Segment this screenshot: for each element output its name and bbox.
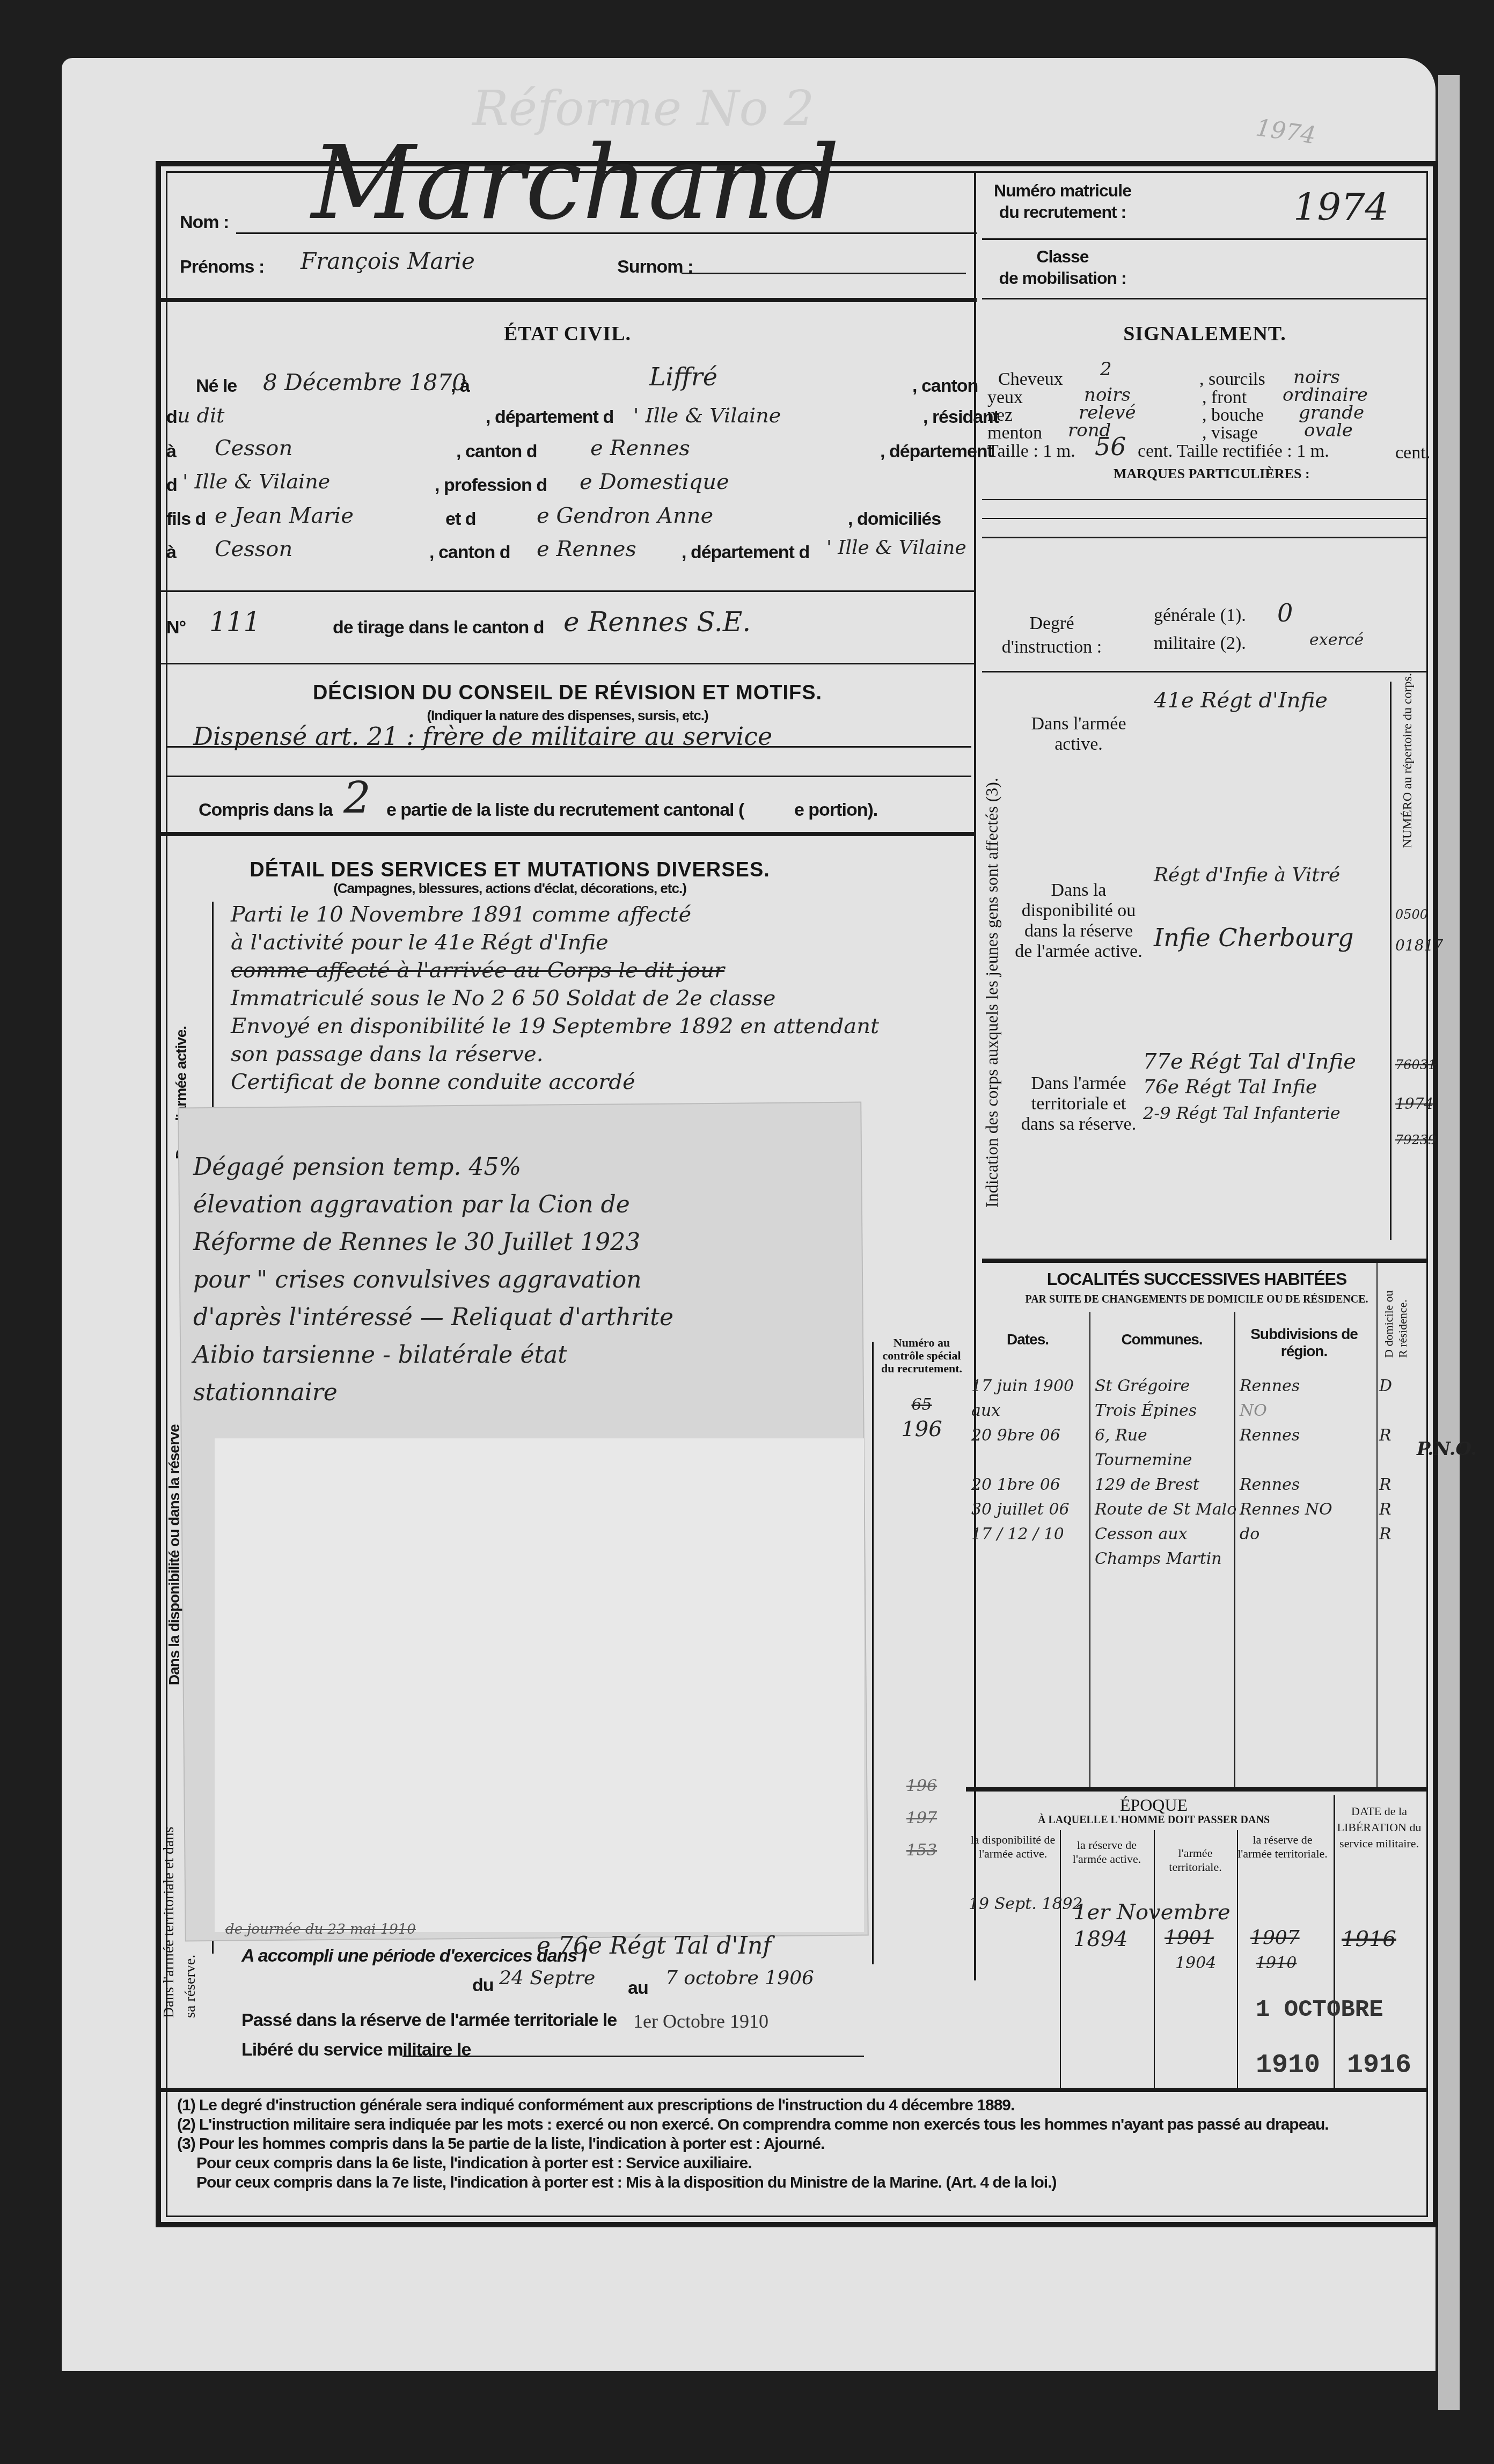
pasted-note-text: Dégagé pension temp. 45% élevation aggra…: [193, 1149, 859, 1412]
epoque-col-disponibilite: la disponibilité de l'armée active.: [966, 1833, 1060, 1861]
passe-reserve-value: 1er Octobre 1910: [633, 2010, 768, 2032]
localites-col-dates: Dates.: [966, 1331, 1089, 1348]
localite-dr: R: [1379, 1473, 1411, 1497]
corps-disponibilite-entry-2: Infie Cherbourg: [1154, 923, 1354, 952]
departement-label: , département: [880, 441, 993, 462]
note-line: Dégagé pension temp. 45%: [193, 1149, 859, 1186]
instruction-militaire-value: exercé: [1309, 631, 1364, 649]
pere: e Jean Marie: [215, 503, 354, 528]
corps-disponibilite-numero-2: 01817: [1395, 937, 1443, 954]
nom-underline: [236, 232, 977, 234]
localite-commune: 129 de Brest: [1095, 1473, 1240, 1497]
epoque-col-reserve-territoriale: la réserve de l'armée territoriale.: [1237, 1833, 1328, 1861]
exercices-value: e 76e Régt Tal d'Inf: [537, 1932, 772, 1959]
localite-dr: R: [1379, 1497, 1411, 1522]
degre-instruction-label: Degré d'instruction :: [993, 612, 1111, 659]
localites-col-dr: D domicile ou R résidence.: [1382, 1288, 1410, 1358]
note-line: pour " crises convulsives aggravation: [193, 1261, 859, 1299]
localites-subtitle: PAR SUITE DE CHANGEMENTS DE DOMICILE OU …: [966, 1293, 1427, 1306]
prenoms-label: Prénoms :: [180, 257, 264, 277]
localites-margin-note: P.N.O.: [1417, 1438, 1477, 1460]
epoque-col-reserve-active: la réserve de l'armée active.: [1060, 1838, 1154, 1866]
corps-disponibilite-numero-1: 0500: [1395, 907, 1428, 922]
localite-dr: [1379, 1399, 1411, 1423]
localite-date: 20 9bre 06: [971, 1423, 1095, 1473]
surnom-underline: [682, 273, 966, 274]
compris-label: Compris dans la: [199, 800, 333, 821]
numero-repertoire-label: NUMÉRO au répertoire du corps.: [1401, 673, 1415, 848]
residence: Cesson: [215, 436, 292, 460]
taille-label: Taille : 1 m.: [987, 441, 1075, 462]
note-line: élevation aggravation par la Cion de: [193, 1186, 859, 1224]
marques-particulieres-label: MARQUES PARTICULIÈRES :: [1114, 466, 1310, 482]
services-title: DÉTAIL DES SERVICES ET MUTATIONS DIVERSE…: [161, 859, 859, 882]
divider: [966, 1787, 1427, 1792]
localite-commune: Route de St Malo: [1095, 1497, 1240, 1522]
cheveux-label: Cheveux: [998, 369, 1063, 390]
du-label: d: [166, 407, 177, 428]
tirage-canton: e Rennes S.E.: [563, 606, 751, 638]
controle-column-divider: [872, 1342, 874, 1964]
numero-matricule-label-line-1: Numéro matricule: [982, 180, 1143, 201]
service-line: Immatriculé sous le No 2 6 50 Soldat de …: [231, 984, 971, 1012]
compris-label-3: e portion).: [794, 800, 877, 821]
divider: [166, 746, 971, 748]
localite-row: 17 / 12 / 10 Cesson aux Champs Martin do…: [971, 1522, 1422, 1571]
divider: [982, 499, 1427, 500]
corps-territoriale-numero-2: 1974: [1395, 1095, 1433, 1113]
localite-subdivision: Rennes: [1240, 1423, 1379, 1473]
localite-date: 17 / 12 / 10: [971, 1522, 1095, 1571]
localite-date: 17 juin 1900: [971, 1374, 1095, 1399]
localites-title: LOCALITÉS SUCCESSIVES HABITÉES: [966, 1269, 1427, 1289]
canton-residence: e Rennes: [590, 436, 690, 460]
liberation-value: 1916: [1342, 1927, 1396, 1951]
divider: [982, 518, 1427, 519]
departement-parents: ' Ille & Vilaine: [826, 537, 966, 559]
epoque-subtitle: À LAQUELLE L'HOMME DOIT PASSER DANS: [966, 1814, 1342, 1826]
divider: [1154, 1830, 1155, 2088]
divider: [166, 776, 971, 777]
exercices-label: A accompli une période d'exercices dans …: [241, 1946, 586, 1966]
tirage-no-value: 111: [209, 606, 260, 638]
service-line: à l'activité pour le 41e Régt d'Infie: [231, 928, 971, 956]
numero-matricule-label: Numéro matricule du recrutement :: [982, 180, 1143, 223]
corps-section-label-territoriale: Dans l'armée territoriale et dans sa rés…: [1014, 1073, 1143, 1135]
localite-commune: Trois Épines: [1095, 1399, 1240, 1423]
domicile-parents: Cesson: [215, 537, 292, 561]
epoque-handwritten: 1er Novembre: [1073, 1900, 1231, 1925]
instruction-generale-value: 0: [1277, 598, 1293, 627]
localite-date: 30 juillet 06: [971, 1497, 1095, 1522]
date-naissance: 8 Décembre 1870: [263, 369, 466, 396]
corps-territoriale-entry-2: 76e Régt Tal Infie: [1143, 1076, 1317, 1098]
canton-label: , canton d: [429, 542, 510, 563]
localite-subdivision: Rennes NO: [1240, 1497, 1379, 1522]
service-line: comme affecté à l'arrivée au Corps le di…: [231, 956, 971, 984]
fils-label: fils d: [166, 509, 206, 530]
divider: [161, 2088, 1427, 2092]
localite-date: aux: [971, 1399, 1095, 1423]
localite-subdivision: Rennes: [1240, 1374, 1379, 1399]
cent-label: cent.: [1395, 443, 1430, 463]
controle-lower-3: 153: [875, 1841, 969, 1860]
degre-label-line-2: d'instruction :: [993, 635, 1111, 659]
lieu-naissance: Liffré: [649, 362, 717, 391]
epoque-territoriale-corrected: 1904: [1175, 1954, 1216, 1972]
liberation-header: DATE de la LIBÉRATION du service militai…: [1336, 1803, 1422, 1852]
localites-rows: 17 juin 1900 St Grégoire Rennes D aux Tr…: [971, 1374, 1422, 1571]
taille-value: 56: [1095, 432, 1126, 461]
visage-value: ovale: [1304, 420, 1353, 441]
ne-le-label: Né le: [196, 376, 237, 397]
localite-row: aux Trois Épines NO: [971, 1399, 1422, 1423]
corps-territoriale-numero-3: 79239: [1395, 1132, 1436, 1147]
domicilies-label: , domiciliés: [848, 509, 941, 530]
note-line: stationnaire: [193, 1374, 859, 1412]
epoque-disponibilite: 19 Sept. 1892: [969, 1895, 1083, 1913]
divider: [1237, 1830, 1238, 2088]
footnote: (3) Pour les hommes compris dans la 5e p…: [177, 2134, 1422, 2154]
struck-line: de journée du 23 mai 1910: [225, 1921, 416, 1937]
passe-reserve-label: Passé dans la réserve de l'armée territo…: [241, 2010, 617, 2031]
classe-label-line-2: de mobilisation :: [982, 267, 1143, 289]
localite-commune: 6, Rue Tournemine: [1095, 1423, 1240, 1473]
canton-parents: e Rennes: [537, 537, 636, 561]
services-lines: Parti le 10 Novembre 1891 comme affecté …: [231, 901, 971, 1096]
service-line: Parti le 10 Novembre 1891 comme affecté: [231, 901, 971, 928]
signalement-title: SIGNALEMENT.: [982, 322, 1427, 346]
localite-row: 30 juillet 06 Route de St Malo Rennes NO…: [971, 1497, 1422, 1522]
libere-label: Libéré du service militaire le: [241, 2039, 471, 2060]
pasted-note-lower: [215, 1438, 864, 1932]
numero-column-divider: [1390, 682, 1392, 1240]
controle-header: Numéro au contrôle spécial du recrutemen…: [875, 1336, 969, 1375]
epoque-title: ÉPOQUE: [966, 1795, 1342, 1815]
epoque-reserve-active: 1894: [1073, 1927, 1128, 1951]
sourcils-label: , sourcils: [1199, 369, 1265, 390]
corps-side-label: Indication des corps auxquels les jeunes…: [982, 778, 1002, 1208]
classe-mobilisation-label: Classe de mobilisation :: [982, 246, 1143, 289]
instruction-generale-label: générale (1).: [1154, 605, 1246, 626]
corps-active-entry: 41e Régt d'Infie: [1154, 688, 1328, 713]
divider: [1060, 1830, 1061, 2088]
localite-commune: St Grégoire: [1095, 1374, 1240, 1399]
localite-subdivision: do: [1240, 1522, 1379, 1571]
du-label: du: [472, 1975, 494, 1996]
corps-disponibilite-entry-1: Régt d'Infie à Vitré: [1154, 864, 1340, 886]
epoque-territoriale: 1901: [1165, 1927, 1214, 1949]
departement-residence: ' Ille & Vilaine: [182, 470, 330, 493]
stamp-year-liberation: 1916: [1347, 2050, 1411, 2081]
a-label: à: [166, 441, 176, 462]
controle-lower-1: 196: [875, 1776, 969, 1795]
service-line: son passage dans la réserve.: [231, 1040, 971, 1068]
tirage-label: de tirage dans le canton d: [333, 617, 544, 638]
exercices-au: 7 octobre 1906: [665, 1967, 814, 1989]
instruction-militaire-label: militaire (2).: [1154, 633, 1246, 654]
decision-title: DÉCISION DU CONSEIL DE RÉVISION ET MOTIF…: [161, 682, 974, 705]
controle-lower-2: 197: [875, 1809, 969, 1827]
canton-label: , canton d: [456, 441, 537, 462]
prenoms-value: François Marie: [301, 248, 475, 274]
divider: [161, 298, 977, 302]
footnote: (1) Le degré d'instruction générale sera…: [177, 2096, 1422, 2115]
divider: [161, 590, 974, 592]
tirage-no-label: N°: [166, 617, 186, 638]
localite-row: 20 1bre 06 129 de Brest Rennes R: [971, 1473, 1422, 1497]
taille-rectifiee-label: cent. Taille rectifiée : 1 m.: [1138, 441, 1329, 462]
departement-naissance: ' Ille & Vilaine: [633, 404, 781, 427]
divider: [982, 1259, 1427, 1263]
localite-subdivision: Rennes: [1240, 1473, 1379, 1497]
canton-label: , canton: [912, 376, 978, 397]
localite-date: 20 1bre 06: [971, 1473, 1095, 1497]
localite-dr: D: [1379, 1374, 1411, 1399]
service-line: Envoyé en disponibilité le 19 Septembre …: [231, 1012, 971, 1040]
et-label: et d: [445, 509, 475, 530]
localite-row: 20 9bre 06 6, Rue Tournemine Rennes R: [971, 1423, 1422, 1473]
degre-label-line-1: Degré: [993, 612, 1111, 635]
controle-value-struck: 65: [875, 1395, 969, 1414]
localite-row: 17 juin 1900 St Grégoire Rennes D: [971, 1374, 1422, 1399]
visage-label: , visage: [1202, 423, 1258, 443]
note-line: d'après l'intéressé — Reliquat d'arthrit…: [193, 1299, 859, 1336]
corps-section-label-disponibilite: Dans la disponibilité ou dans la réserve…: [1014, 880, 1143, 962]
profession: e Domestique: [580, 470, 729, 494]
localite-commune: Cesson aux Champs Martin: [1095, 1522, 1240, 1571]
corps-territoriale-entry-3: 2-9 Régt Tal Infanterie: [1143, 1103, 1341, 1123]
exercices-du: 24 Septre: [499, 1967, 595, 1989]
d-label: d: [166, 475, 177, 496]
a-label: , à: [451, 376, 470, 397]
footnotes: (1) Le degré d'instruction générale sera…: [177, 2096, 1422, 2192]
numero-matricule-label-line-2: du recrutement :: [982, 201, 1143, 223]
numero-matricule-value: 1974: [1293, 185, 1389, 229]
footnote: (2) L'instruction militaire sera indiqué…: [177, 2115, 1422, 2134]
footnote: Pour ceux compris dans la 7e liste, l'in…: [177, 2173, 1422, 2192]
etat-civil-title: ÉTAT CIVIL.: [161, 322, 974, 346]
divider: [1334, 1795, 1335, 2088]
canton-naissance: u dit: [177, 404, 224, 427]
compris-value: 2: [343, 773, 371, 823]
corps-territoriale-numero-1: 76031: [1395, 1057, 1436, 1072]
epoque-col-territoriale: l'armée territoriale.: [1154, 1846, 1237, 1874]
page-edge: [1438, 75, 1460, 2410]
surnom-label: Surnom :: [617, 257, 693, 277]
localite-dr: R: [1379, 1522, 1411, 1571]
divider: [161, 832, 974, 836]
cheveux-value: 2: [1100, 359, 1112, 380]
departement-label: , département d: [682, 542, 809, 563]
localite-dr: R: [1379, 1423, 1411, 1473]
controle-value: 196: [875, 1417, 969, 1442]
services-subtitle: (Campagnes, blessures, actions d'éclat, …: [161, 880, 859, 897]
divider: [161, 663, 974, 664]
localite-subdivision: NO: [1240, 1399, 1379, 1423]
divider: [982, 238, 1427, 240]
mere: e Gendron Anne: [537, 503, 713, 528]
divider: [982, 537, 1427, 538]
corps-territoriale-entry-1: 77e Régt Tal d'Infie: [1143, 1049, 1356, 1074]
nom-label: Nom :: [180, 212, 229, 233]
classe-label-line-1: Classe: [982, 246, 1143, 267]
departement-label: , département d: [486, 407, 613, 428]
libere-underline: [402, 2056, 864, 2057]
compris-label-2: e partie de la liste du recrutement cant…: [386, 800, 744, 821]
divider: [982, 298, 1427, 299]
corps-section-label-active: Dans l'armée active.: [1014, 714, 1143, 755]
a-label: à: [166, 542, 176, 563]
service-line: Certificat de bonne conduite accordé: [231, 1068, 971, 1096]
note-line: Réforme de Rennes le 30 Juillet 1923: [193, 1224, 859, 1261]
epoque-reserve-territoriale-corrected: 1910: [1256, 1954, 1297, 1972]
footnote: Pour ceux compris dans la 6e liste, l'in…: [177, 2154, 1422, 2173]
profession-label: , profession d: [435, 475, 547, 496]
nom-value: Marchand: [311, 123, 840, 242]
epoque-reserve-territoriale: 1907: [1250, 1927, 1300, 1949]
divider: [982, 671, 1427, 672]
au-label: au: [628, 1978, 648, 1999]
stamp-year-reserve-territoriale: 1910: [1256, 2050, 1320, 2081]
menton-label: menton: [987, 423, 1042, 443]
localites-col-subdivisions: Subdivisions de région.: [1234, 1326, 1374, 1360]
note-line: Aibio tarsienne - bilatérale état: [193, 1336, 859, 1374]
localites-col-communes: Communes.: [1089, 1331, 1234, 1348]
stamp-octobre: 1 OCTOBRE: [1256, 1997, 1383, 2023]
